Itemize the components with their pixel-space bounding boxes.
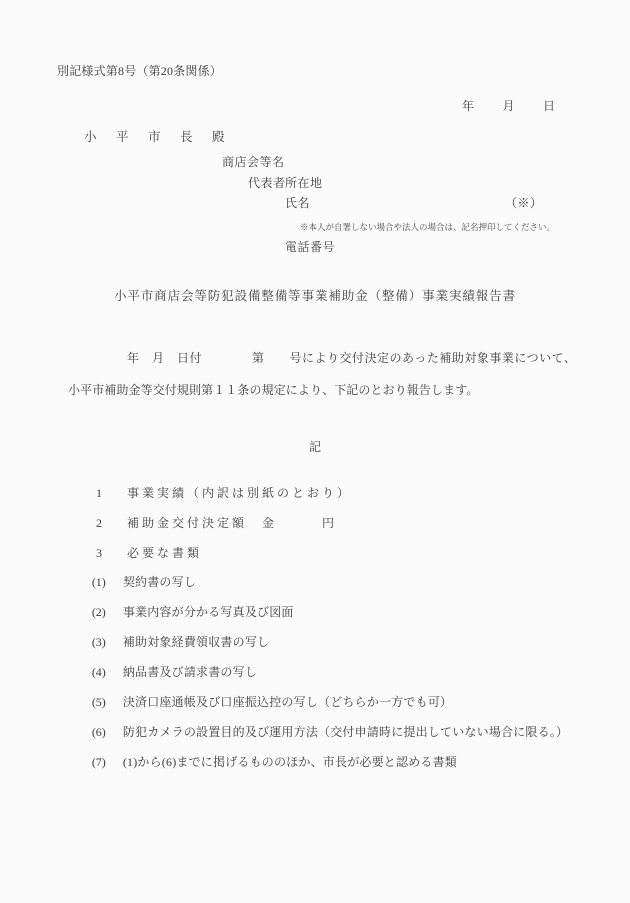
body-paragraph-line1: 年 月 日付 第 号により交付決定のあった補助対象事業について、 bbox=[127, 351, 576, 366]
sub-item-5-number: (5) bbox=[92, 695, 123, 710]
sub-item-6-number: (6) bbox=[92, 725, 123, 740]
list-item-1-text: 事業実績（内訳は別紙のとおり） bbox=[127, 486, 352, 500]
form-number: 別記様式第8号（第20条関係） bbox=[57, 64, 222, 79]
phone-label: 電話番号 bbox=[285, 240, 335, 255]
address-label: 所在地 bbox=[285, 176, 323, 191]
seal-mark: （※） bbox=[505, 196, 543, 211]
list-item-2-text: 補助金交付決定額 金 円 bbox=[127, 516, 337, 530]
sub-item-1-number: (1) bbox=[92, 575, 123, 590]
sub-item-3-text: 補助対象経費領収書の写し bbox=[123, 635, 269, 649]
association-label: 商店会等名 bbox=[222, 155, 285, 170]
seal-note: ※本人が自署しない場合や法人の場合は、記名押印してください。 bbox=[300, 220, 555, 235]
sub-item-7-number: (7) bbox=[92, 755, 123, 770]
list-item-3-number: 3 bbox=[96, 546, 127, 561]
representative-label: 代表者 bbox=[248, 176, 286, 191]
sub-item-4-text: 納品書及び請求書の写し bbox=[123, 665, 257, 679]
sub-item-4-number: (4) bbox=[92, 665, 123, 680]
sub-item-7: (7)(1)から(6)までに掲げるもののほか、市長が必要と認める書類 bbox=[79, 740, 457, 785]
sub-item-1-text: 契約書の写し bbox=[123, 575, 196, 589]
addressee: 小 平 市 長 殿 bbox=[84, 130, 228, 145]
date-line: 年 月 日 bbox=[462, 99, 557, 114]
record-heading: 記 bbox=[0, 440, 630, 455]
sub-item-3-number: (3) bbox=[92, 635, 123, 650]
sub-item-2-number: (2) bbox=[92, 605, 123, 620]
sub-item-7-text: (1)から(6)までに掲げるもののほか、市長が必要と認める書類 bbox=[123, 755, 457, 769]
document-page: 別記様式第8号（第20条関係） 年 月 日 小 平 市 長 殿 商店会等名 代表… bbox=[0, 0, 630, 903]
list-item-3-text: 必要な書類 bbox=[127, 546, 202, 560]
name-label: 氏名 bbox=[285, 196, 310, 211]
body-paragraph-line2: 小平市補助金等交付規則第１１条の規定により、下記のとおり報告します。 bbox=[68, 383, 478, 398]
list-item-1-number: 1 bbox=[96, 486, 127, 501]
document-title: 小平市商店会等防犯設備整備等事業補助金（整備）事業実績報告書 bbox=[0, 289, 630, 304]
sub-item-5-text: 決済口座通帳及び口座振込控の写し（どちらか一方でも可） bbox=[123, 695, 452, 709]
sub-item-6-text: 防犯カメラの設置目的及び運用方法（交付申請時に提出していない場合に限る。） bbox=[123, 725, 568, 739]
list-item-2-number: 2 bbox=[96, 516, 127, 531]
sub-item-2-text: 事業内容が分かる写真及び図面 bbox=[123, 605, 294, 619]
